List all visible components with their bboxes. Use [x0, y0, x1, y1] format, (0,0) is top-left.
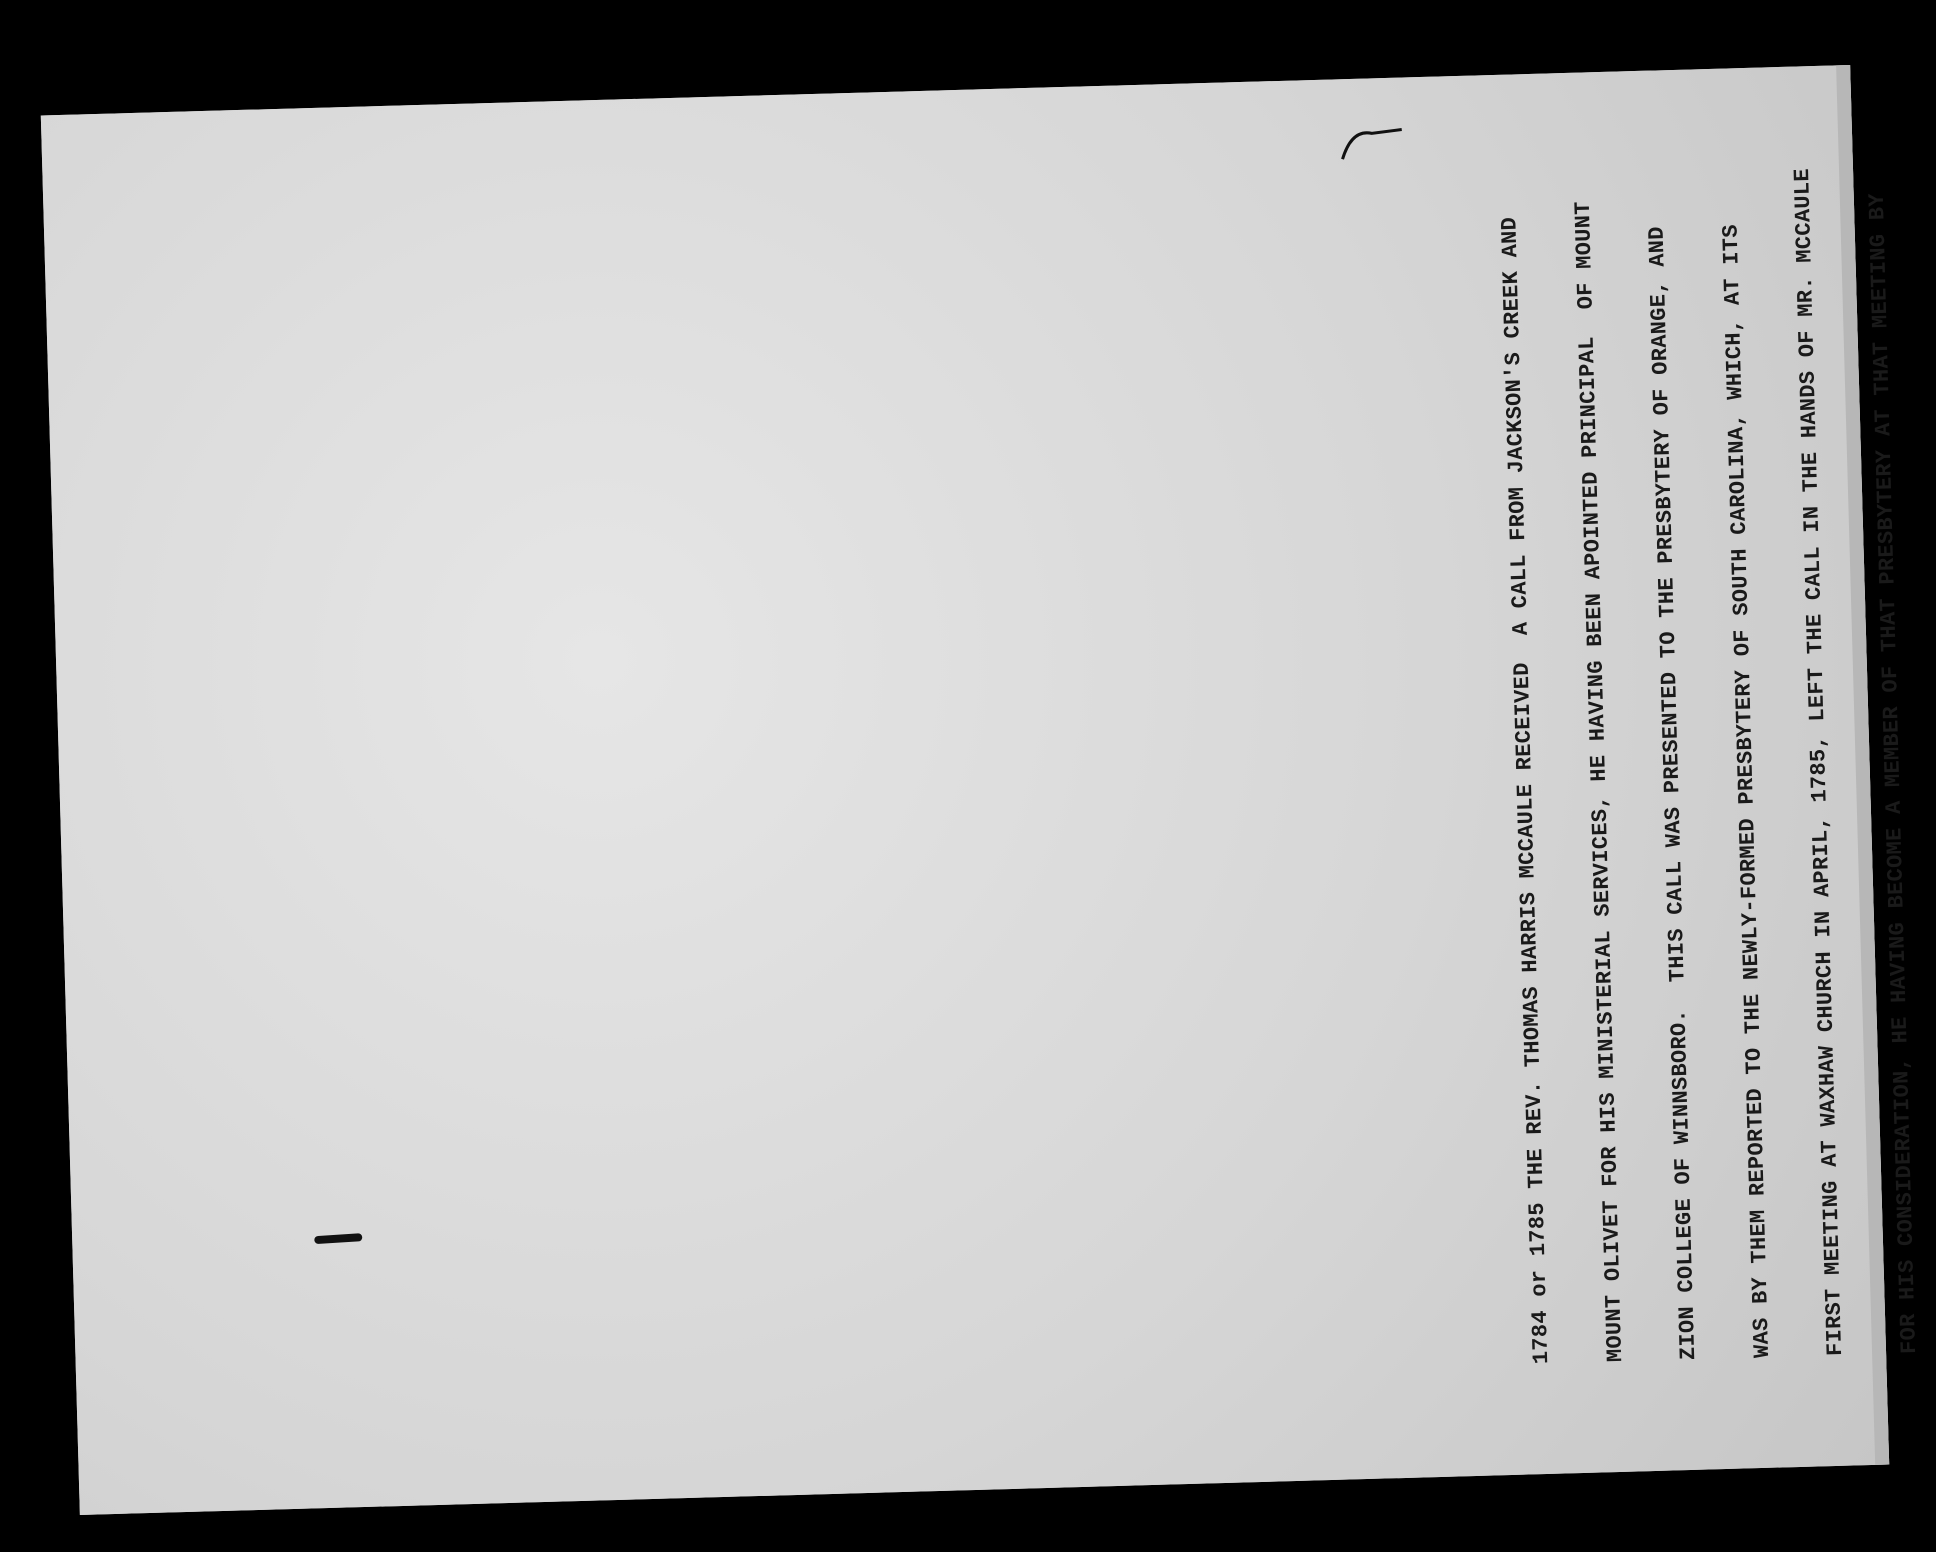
paragraph-mccaule-call: 1784 or 1785 THE REV. THOMAS HARRIS MCCA… [1449, 196, 1936, 1365]
ink-mark [314, 1233, 362, 1244]
text-line: FOR HIS CONSIDERATION, HE HAVING BECOME … [1866, 204, 1923, 1354]
document-body: 1784 or 1785 THE REV. THOMAS HARRIS MCCA… [1449, 180, 1936, 1366]
pen-scribble [1331, 117, 1423, 179]
text-line: WAS BY THEM REPORTED TO THE NEWLY-FORMED… [1719, 208, 1776, 1358]
rotated-text-block: 1784 or 1785 THE REV. THOMAS HARRIS MCCA… [1448, 129, 1936, 1365]
scanned-page: 1784 or 1785 THE REV. THOMAS HARRIS MCCA… [41, 65, 1889, 1515]
text-line: 1784 or 1785 THE REV. THOMAS HARRIS MCCA… [1498, 214, 1555, 1364]
text-line: MOUNT OLIVET FOR HIS MINISTERIAL SERVICE… [1572, 212, 1629, 1362]
text-line: FIRST MEETING AT WAXHAW CHURCH IN APRIL,… [1792, 206, 1849, 1356]
text-line: ZION COLLEGE OF WINNSBORO. THIS CALL WAS… [1645, 210, 1702, 1360]
